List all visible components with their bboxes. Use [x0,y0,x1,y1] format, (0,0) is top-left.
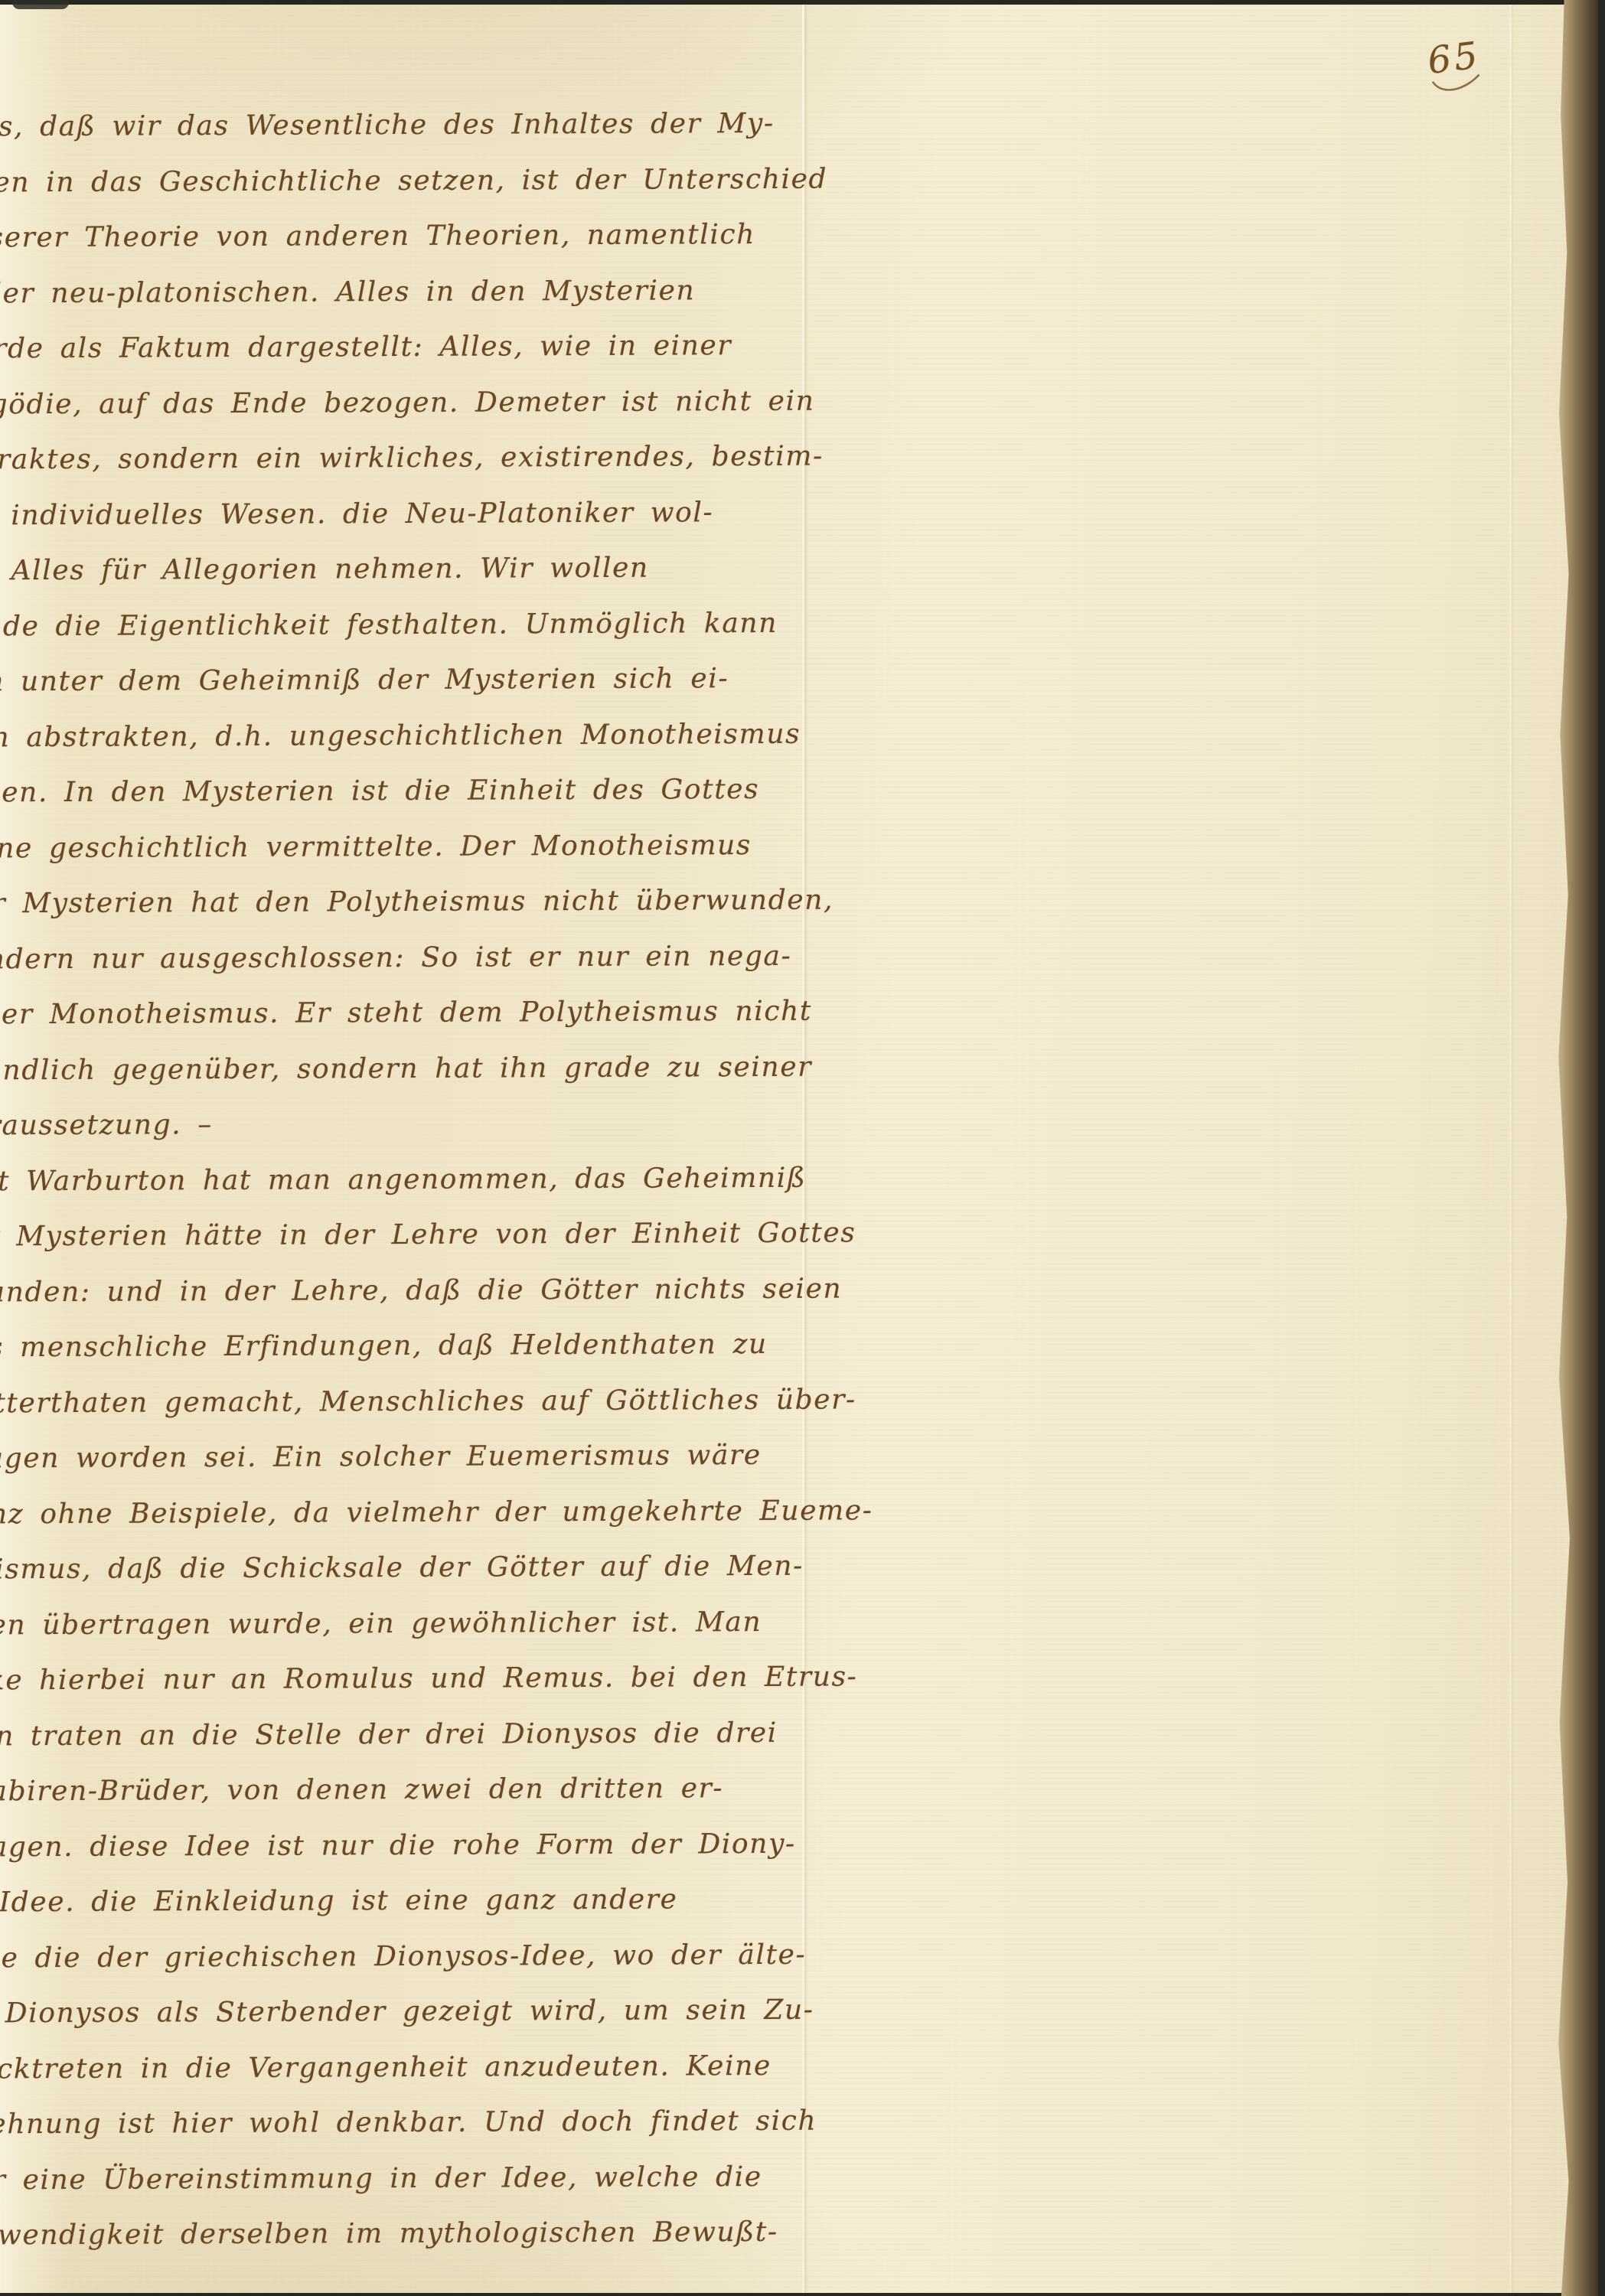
manuscript-line: ndern nur ausgeschlossen: So ist er nur … [0,928,817,987]
manuscript-line: Alles für Allegorien nehmen. Wir wollen [11,540,815,599]
manuscript-text: es, daß wir das Wesentliche des Inhaltes… [0,96,823,2264]
manuscript-line: n unter dem Geheimniß der Mysterien sich… [0,651,816,710]
manuscript-line: it Warburton hat man angenommen, das Geh… [0,1150,818,1209]
manuscript-line: s menschliche Erfindungen, daß Heldentha… [0,1317,819,1376]
manuscript-line: r Mysterien hätte in der Lehre von der E… [0,1206,818,1265]
manuscript-line: agen worden sei. Ein solcher Euemerismus… [0,1428,820,1487]
manuscript-line: en übertragen wurde, ein gewöhnlicher is… [0,1594,820,1653]
manuscript-line: ismus, daß die Schicksale der Götter auf… [0,1539,820,1598]
page-number: 65 [1425,34,1483,83]
manuscript-line: indlich gegenüber, sondern hat ihn grade… [0,1039,818,1098]
manuscript-line: wendigkeit derselben im mythologischen B… [0,2205,823,2264]
manuscript-line: r Mysterien hat den Polytheismus nicht ü… [0,873,817,932]
manuscript-line: gödie, auf das Ende bezogen. Demeter ist… [0,373,815,432]
manuscript-line: Dionysos als Sterbender gezeigt wird, um… [5,1983,822,2042]
manuscript-line: , individuelles Wesen. die Neu-Platonike… [0,484,815,543]
manuscript-line: anden: und in der Lehre, daß die Götter … [0,1261,819,1320]
page-number-block: 65 [1410,32,1500,100]
page-fold-line [1509,5,1512,2293]
manuscript-line: ehnung ist hier wohl denkbar. Und doch f… [0,2094,823,2153]
manuscript-line: traktes, sondern ein wirkliches, existir… [0,429,815,488]
manuscript-line: abiren-Brüder, von denen zwei den dritte… [0,1761,821,1820]
manuscript-line: r eine Übereinstimmung in der Idee, welc… [0,2149,823,2208]
manuscript-line: tterthaten gemacht, Menschliches auf Göt… [0,1372,819,1431]
manuscript-line: cktreten in die Vergangenheit anzudeuten… [0,2038,822,2097]
manuscript-line: ade die Eigentlichkeit festhalten. Unmög… [0,595,816,654]
manuscript-line: der neu-platonischen. Alles in den Myste… [0,263,814,321]
top-edge-nick [12,0,69,9]
manuscript-line: ie die der griechischen Dionysos-Idee, w… [0,1927,822,1986]
manuscript-line: agen. diese Idee ist nur die rohe Form d… [0,1816,821,1875]
manuscript-line: nz ohne Beispiele, da vielmehr der umgek… [0,1483,820,1542]
manuscript-line: n traten an die Stelle der drei Dionysos… [0,1705,820,1764]
manuscript-line: n abstrakten, d.h. ungeschichtlichen Mon… [0,706,817,765]
manuscript-line: es, daß wir das Wesentliche des Inhaltes… [0,96,814,155]
manuscript-line: serer Theorie von anderen Theorien, name… [0,207,814,266]
manuscript-line: ver Monotheismus. Er steht dem Polytheis… [0,984,817,1043]
book-background: 65 es, daß wir das Wesentliche des Inhal… [0,0,1605,2296]
manuscript-line: ke hierbei nur an Romulus und Remus. bei… [0,1650,820,1709]
manuscript-line: -Idee. die Einkleidung ist eine ganz and… [0,1872,821,1931]
manuscript-line: raussetzung. – [0,1095,818,1154]
manuscript-line: ine geschichtlich vermittelte. Der Monot… [0,817,817,876]
manuscript-line: rde als Faktum dargestellt: Alles, wie i… [0,318,814,377]
manuscript-page: 65 es, daß wir das Wesentliche des Inhal… [0,5,1590,2293]
manuscript-line: ien in das Geschichtliche setzen, ist de… [0,152,814,210]
manuscript-line: ken. In den Mysterien ist die Einheit de… [0,762,817,821]
